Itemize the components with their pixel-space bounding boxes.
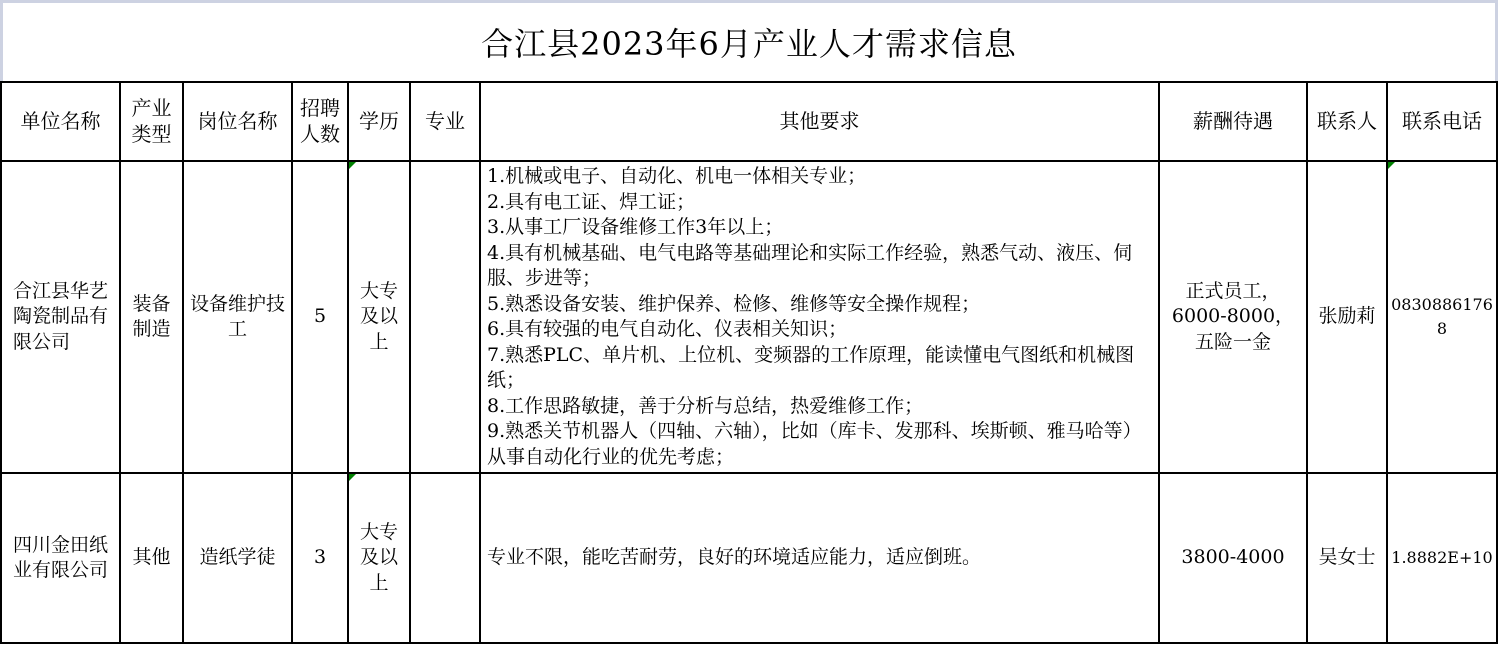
cell-headcount-2[interactable]: 3 — [292, 473, 348, 643]
header-contact-person[interactable]: 联系人 — [1307, 82, 1387, 161]
cell-major-1[interactable] — [410, 161, 480, 473]
cell-headcount-1[interactable]: 5 — [292, 161, 348, 473]
cell-phone-1[interactable]: 08308861768 — [1387, 161, 1497, 473]
cell-education-1-text: 大专及以上 — [360, 280, 398, 353]
cell-major-2[interactable] — [410, 473, 480, 643]
table-row: 合江县华艺陶瓷制品有限公司 装备制造 设备维护技工 5 大专及以上 1.机械或电… — [1, 161, 1497, 473]
header-salary[interactable]: 薪酬待遇 — [1159, 82, 1307, 161]
cell-requirements-1[interactable]: 1.机械或电子、自动化、机电一体相关专业； 2.具有电工证、焊工证； 3.从事工… — [480, 161, 1159, 473]
sheet-title-text: 合江县2023年6月产业人才需求信息 — [481, 19, 1017, 65]
cell-phone-2[interactable]: 1.8882E+10 — [1387, 473, 1497, 643]
header-company[interactable]: 单位名称 — [1, 82, 120, 161]
table-row: 四川金田纸业有限公司 其他 造纸学徒 3 大专及以上 专业不限，能吃苦耐劳，良好… — [1, 473, 1497, 643]
sheet-title: 合江县2023年6月产业人才需求信息 — [0, 0, 1498, 81]
header-industry-type[interactable]: 产业类型 — [120, 82, 183, 161]
text-format-indicator-icon — [1388, 162, 1395, 169]
cell-salary-1[interactable]: 正式员工，6000-8000，五险一金 — [1159, 161, 1307, 473]
cell-education-1[interactable]: 大专及以上 — [348, 161, 410, 473]
cell-contact-1[interactable]: 张励莉 — [1307, 161, 1387, 473]
cell-education-2[interactable]: 大专及以上 — [348, 473, 410, 643]
text-format-indicator-icon — [349, 474, 356, 481]
header-major[interactable]: 专业 — [410, 82, 480, 161]
talent-demand-table: 单位名称 产业类型 岗位名称 招聘人数 学历 专业 其他要求 薪酬待遇 联系人 … — [0, 81, 1498, 644]
cell-position-1[interactable]: 设备维护技工 — [183, 161, 292, 473]
cell-contact-2[interactable]: 吴女士 — [1307, 473, 1387, 643]
cell-requirements-2[interactable]: 专业不限，能吃苦耐劳，良好的环境适应能力，适应倒班。 — [480, 473, 1159, 643]
cell-salary-2[interactable]: 3800-4000 — [1159, 473, 1307, 643]
text-format-indicator-icon — [349, 162, 356, 169]
cell-phone-1-text: 08308861768 — [1391, 295, 1493, 338]
header-contact-phone[interactable]: 联系电话 — [1387, 82, 1497, 161]
header-position[interactable]: 岗位名称 — [183, 82, 292, 161]
header-row: 单位名称 产业类型 岗位名称 招聘人数 学历 专业 其他要求 薪酬待遇 联系人 … — [1, 82, 1497, 161]
cell-education-2-text: 大专及以上 — [360, 521, 398, 594]
header-other-requirements[interactable]: 其他要求 — [480, 82, 1159, 161]
cell-position-2[interactable]: 造纸学徒 — [183, 473, 292, 643]
header-headcount[interactable]: 招聘人数 — [292, 82, 348, 161]
cell-company-2[interactable]: 四川金田纸业有限公司 — [1, 473, 120, 643]
cell-company-1[interactable]: 合江县华艺陶瓷制品有限公司 — [1, 161, 120, 473]
cell-industry-1[interactable]: 装备制造 — [120, 161, 183, 473]
cell-industry-2[interactable]: 其他 — [120, 473, 183, 643]
header-education[interactable]: 学历 — [348, 82, 410, 161]
